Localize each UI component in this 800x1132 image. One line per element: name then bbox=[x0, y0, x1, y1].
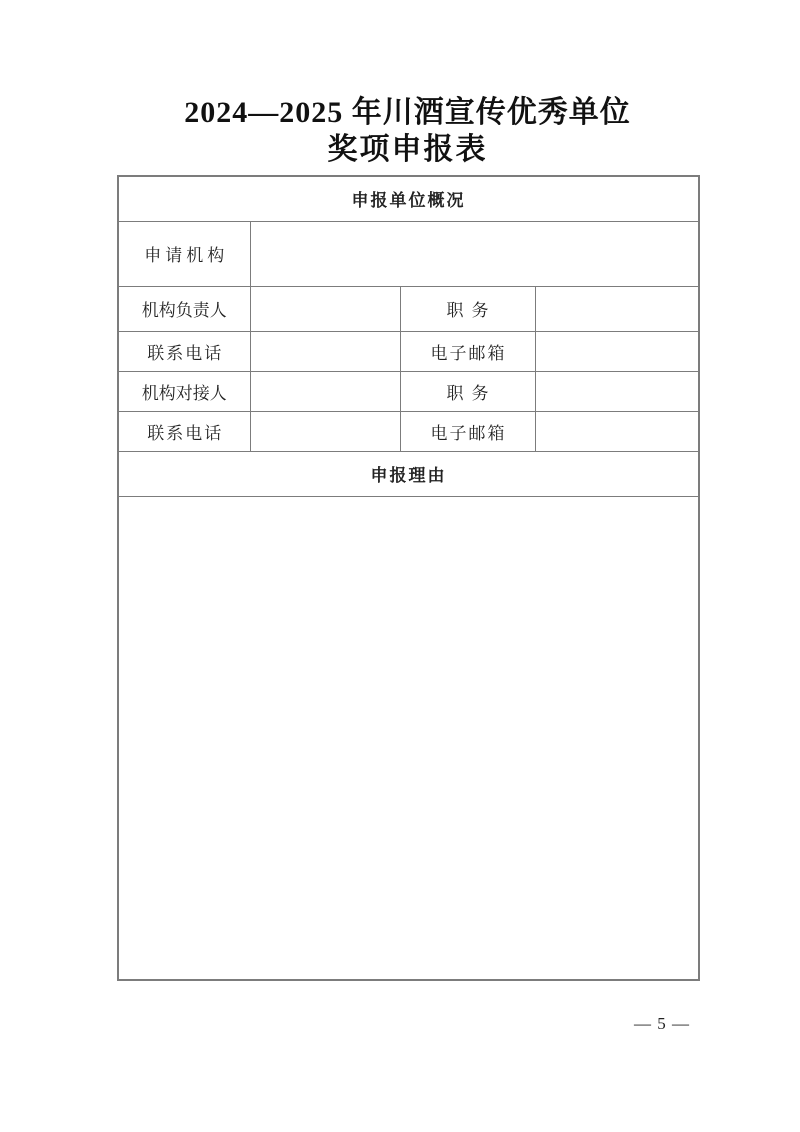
field-phone-1[interactable] bbox=[250, 331, 400, 371]
row-overview-header: 申报单位概况 bbox=[118, 176, 699, 221]
row-org-contact: 机构对接人 职务 bbox=[118, 371, 699, 411]
row-reason-header: 申报理由 bbox=[118, 451, 699, 496]
label-org-head-position: 职务 bbox=[400, 286, 535, 331]
label-email-2: 电子邮箱 bbox=[400, 411, 535, 451]
label-email-1: 电子邮箱 bbox=[400, 331, 535, 371]
field-applicant-org[interactable] bbox=[250, 221, 699, 286]
field-email-1[interactable] bbox=[535, 331, 699, 371]
field-email-2[interactable] bbox=[535, 411, 699, 451]
row-org-head-contact: 联系电话 电子邮箱 bbox=[118, 331, 699, 371]
field-org-head-position[interactable] bbox=[535, 286, 699, 331]
row-org-head: 机构负责人 职务 bbox=[118, 286, 699, 331]
field-org-contact-position[interactable] bbox=[535, 371, 699, 411]
field-phone-2[interactable] bbox=[250, 411, 400, 451]
row-org-contact-contact: 联系电话 电子邮箱 bbox=[118, 411, 699, 451]
label-org-head: 机构负责人 bbox=[118, 286, 250, 331]
document-page: 2024—2025 年川酒宣传优秀单位 奖项申报表 申报单位概况 申请机构 机构… bbox=[0, 0, 800, 1132]
field-reason[interactable] bbox=[118, 496, 699, 980]
label-org-contact: 机构对接人 bbox=[118, 371, 250, 411]
label-org-contact-position: 职务 bbox=[400, 371, 535, 411]
page-title-line-1: 2024—2025 年川酒宣传优秀单位 bbox=[117, 94, 698, 132]
page-number: — 5 — bbox=[117, 1014, 698, 1034]
field-org-head[interactable] bbox=[250, 286, 400, 331]
application-form-table: 申报单位概况 申请机构 机构负责人 职务 联系电话 电子邮箱 机构对接人 bbox=[117, 175, 700, 981]
label-phone-1: 联系电话 bbox=[118, 331, 250, 371]
field-org-contact[interactable] bbox=[250, 371, 400, 411]
label-phone-2: 联系电话 bbox=[118, 411, 250, 451]
row-reason-body bbox=[118, 496, 699, 980]
document-title: 2024—2025 年川酒宣传优秀单位 奖项申报表 bbox=[117, 94, 698, 168]
label-applicant-org: 申请机构 bbox=[118, 221, 250, 286]
page-title-line-2: 奖项申报表 bbox=[117, 132, 698, 168]
row-applicant-org: 申请机构 bbox=[118, 221, 699, 286]
section-header-reason: 申报理由 bbox=[118, 451, 699, 496]
section-header-overview: 申报单位概况 bbox=[118, 176, 699, 221]
